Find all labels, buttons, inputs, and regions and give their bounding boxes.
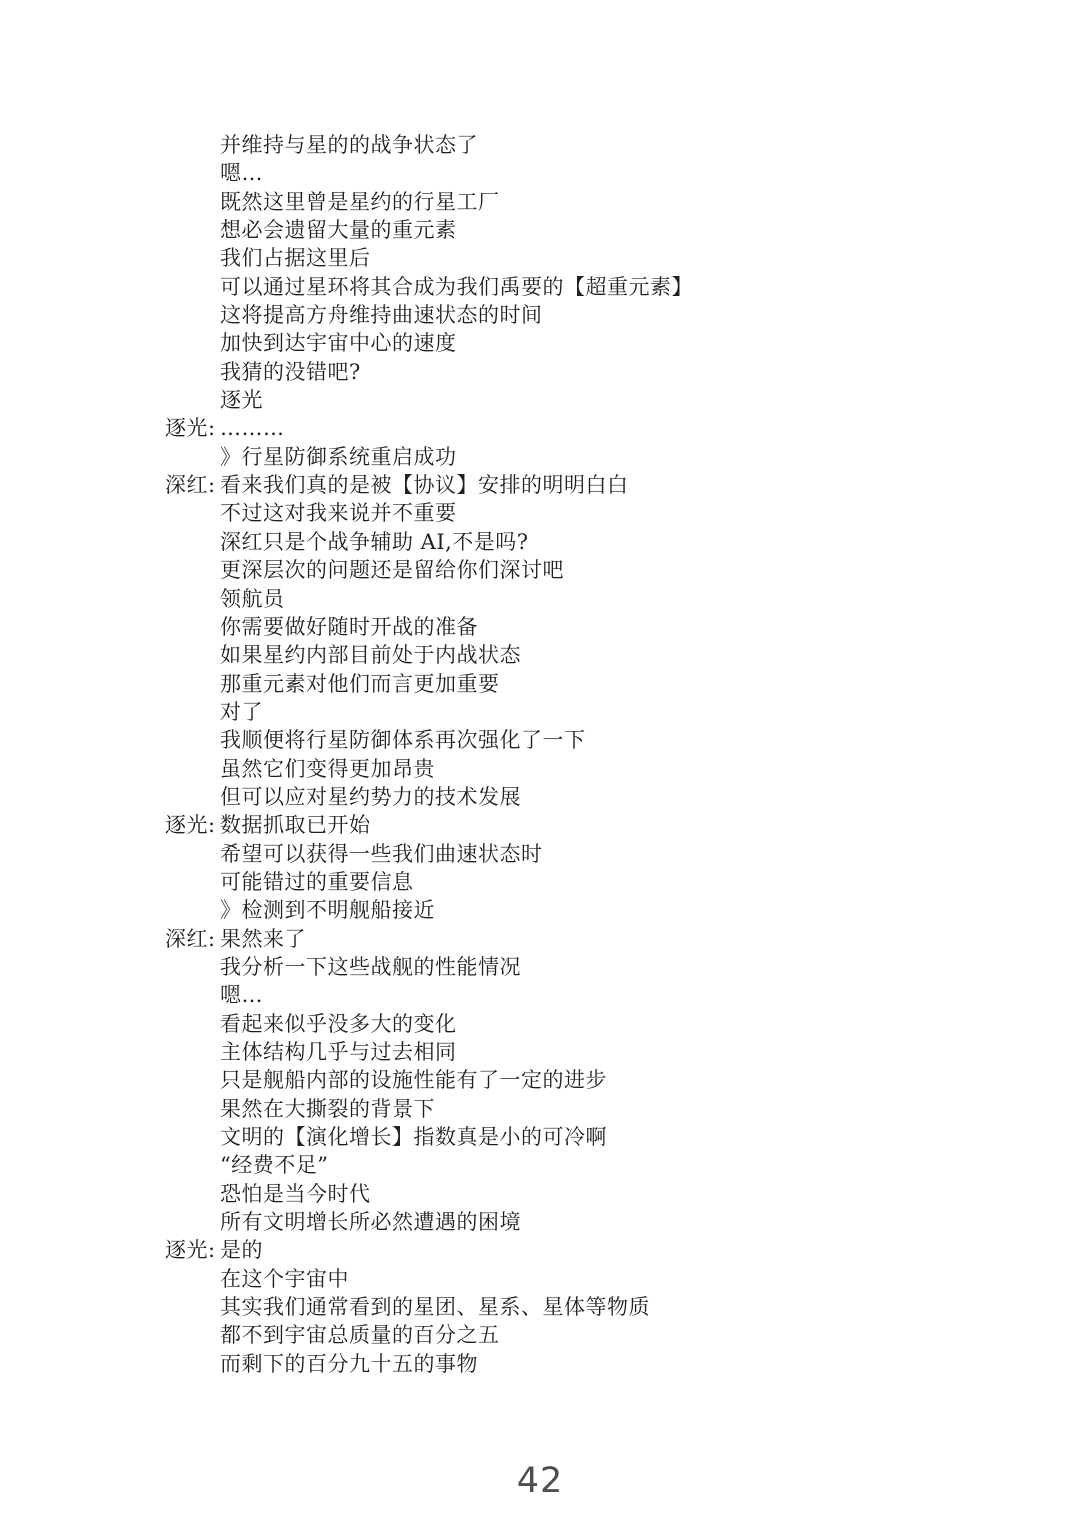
dialogue-text: 我分析一下这些战舰的性能情况	[220, 953, 1025, 981]
dialogue-text: “经费不足”	[220, 1151, 1025, 1179]
dialogue-text: 并维持与星的的战争状态了	[220, 131, 1025, 159]
dialogue-line: 领航员	[165, 585, 1025, 613]
dialogue-line: 我顺便将行星防御体系再次强化了一下	[165, 726, 1025, 754]
dialogue-line: 嗯…	[165, 159, 1025, 187]
dialogue-text: 想必会遗留大量的重元素	[220, 216, 1025, 244]
dialogue-text: 数据抓取已开始	[220, 811, 1025, 839]
dialogue-line: 只是舰船内部的设施性能有了一定的进步	[165, 1066, 1025, 1094]
dialogue-line: 逐光	[165, 386, 1025, 414]
dialogue-line: 但可以应对星约势力的技术发展	[165, 783, 1025, 811]
dialogue-text: 文明的【演化增长】指数真是小的可冷啊	[220, 1123, 1025, 1151]
dialogue-line: 恐怕是当今时代	[165, 1180, 1025, 1208]
dialogue-text: 主体结构几乎与过去相同	[220, 1038, 1025, 1066]
dialogue-text: ………	[220, 414, 1025, 442]
dialogue-line: 想必会遗留大量的重元素	[165, 216, 1025, 244]
dialogue-text: 看起来似乎没多大的变化	[220, 1010, 1025, 1038]
dialogue-text: 更深层次的问题还是留给你们深讨吧	[220, 556, 1025, 584]
dialogue-text: 对了	[220, 698, 1025, 726]
dialogue-text: 如果星约内部目前处于内战状态	[220, 641, 1025, 669]
dialogue-text: 其实我们通常看到的星团、星系、星体等物质	[220, 1293, 1025, 1321]
speaker-label: 逐光:	[165, 811, 220, 839]
dialogue-line: 文明的【演化增长】指数真是小的可冷啊	[165, 1123, 1025, 1151]
dialogue-line: 更深层次的问题还是留给你们深讨吧	[165, 556, 1025, 584]
dialogue-line: 并维持与星的的战争状态了	[165, 131, 1025, 159]
dialogue-line: “经费不足”	[165, 1151, 1025, 1179]
dialogue-line: 这将提高方舟维持曲速状态的时间	[165, 301, 1025, 329]
speaker-label: 深红:	[165, 471, 220, 499]
page-number: 42	[0, 1461, 1080, 1501]
dialogue-text: 是的	[220, 1236, 1025, 1264]
dialogue-line: 那重元素对他们而言更加重要	[165, 670, 1025, 698]
dialogue-line: 》行星防御系统重启成功	[165, 443, 1025, 471]
dialogue-line: 逐光:是的	[165, 1236, 1025, 1264]
dialogue-text: 看来我们真的是被【协议】安排的明明白白	[220, 471, 1025, 499]
dialogue-text: 加快到达宇宙中心的速度	[220, 329, 1025, 357]
dialogue-line: 嗯…	[165, 981, 1025, 1009]
dialogue-line: 其实我们通常看到的星团、星系、星体等物质	[165, 1293, 1025, 1321]
dialogue-text: 既然这里曾是星约的行星工厂	[220, 188, 1025, 216]
dialogue-line: 深红只是个战争辅助 AI,不是吗?	[165, 528, 1025, 556]
dialogue-line: 如果星约内部目前处于内战状态	[165, 641, 1025, 669]
dialogue-text: 可以通过星环将其合成为我们禹要的【超重元素】	[220, 273, 1025, 301]
dialogue-text: 嗯…	[220, 981, 1025, 1009]
dialogue-text: 不过这对我来说并不重要	[220, 499, 1025, 527]
dialogue-text: 所有文明增长所必然遭遇的困境	[220, 1208, 1025, 1236]
dialogue-line: 我分析一下这些战舰的性能情况	[165, 953, 1025, 981]
dialogue-text: 果然在大撕裂的背景下	[220, 1095, 1025, 1123]
dialogue-line: 果然在大撕裂的背景下	[165, 1095, 1025, 1123]
dialogue-text: 而剩下的百分九十五的事物	[220, 1350, 1025, 1378]
dialogue-line: 我猜的没错吧?	[165, 358, 1025, 386]
dialogue-line: 既然这里曾是星约的行星工厂	[165, 188, 1025, 216]
dialogue-line: 都不到宇宙总质量的百分之五	[165, 1321, 1025, 1349]
speaker-label: 深红:	[165, 925, 220, 953]
dialogue-line: 我们占据这里后	[165, 244, 1025, 272]
dialogue-text: 但可以应对星约势力的技术发展	[220, 783, 1025, 811]
dialogue-text: 》行星防御系统重启成功	[220, 443, 1025, 471]
dialogue-text: 这将提高方舟维持曲速状态的时间	[220, 301, 1025, 329]
dialogue-line: 虽然它们变得更加昂贵	[165, 755, 1025, 783]
dialogue-text: 嗯…	[220, 159, 1025, 187]
dialogue-text: 虽然它们变得更加昂贵	[220, 755, 1025, 783]
dialogue-line: 主体结构几乎与过去相同	[165, 1038, 1025, 1066]
dialogue-line: 在这个宇宙中	[165, 1265, 1025, 1293]
dialogue-text: 都不到宇宙总质量的百分之五	[220, 1321, 1025, 1349]
dialogue-line: 你需要做好随时开战的准备	[165, 613, 1025, 641]
dialogue-line: 所有文明增长所必然遭遇的困境	[165, 1208, 1025, 1236]
dialogue-text: 领航员	[220, 585, 1025, 613]
dialogue-line: 加快到达宇宙中心的速度	[165, 329, 1025, 357]
dialogue-line: 深红:果然来了	[165, 925, 1025, 953]
dialogue-text: 希望可以获得一些我们曲速状态时	[220, 840, 1025, 868]
dialogue-text: 可能错过的重要信息	[220, 868, 1025, 896]
dialogue-line: 不过这对我来说并不重要	[165, 499, 1025, 527]
dialogue-text: 逐光	[220, 386, 1025, 414]
dialogue-text: 》检测到不明舰船接近	[220, 896, 1025, 924]
dialogue-line: 逐光:………	[165, 414, 1025, 442]
document-page: 并维持与星的的战争状态了嗯…既然这里曾是星约的行星工厂想必会遗留大量的重元素我们…	[0, 0, 1080, 1527]
dialogue-line: 对了	[165, 698, 1025, 726]
dialogue-text: 那重元素对他们而言更加重要	[220, 670, 1025, 698]
dialogue-text: 在这个宇宙中	[220, 1265, 1025, 1293]
dialogue-line: 可以通过星环将其合成为我们禹要的【超重元素】	[165, 273, 1025, 301]
dialogue: 并维持与星的的战争状态了嗯…既然这里曾是星约的行星工厂想必会遗留大量的重元素我们…	[165, 131, 1025, 1378]
dialogue-line: 可能错过的重要信息	[165, 868, 1025, 896]
dialogue-text: 我猜的没错吧?	[220, 358, 1025, 386]
speaker-label: 逐光:	[165, 414, 220, 442]
dialogue-line: 看起来似乎没多大的变化	[165, 1010, 1025, 1038]
dialogue-text: 你需要做好随时开战的准备	[220, 613, 1025, 641]
dialogue-line: 深红:看来我们真的是被【协议】安排的明明白白	[165, 471, 1025, 499]
speaker-label: 逐光:	[165, 1236, 220, 1264]
dialogue-line: 》检测到不明舰船接近	[165, 896, 1025, 924]
dialogue-line: 希望可以获得一些我们曲速状态时	[165, 840, 1025, 868]
dialogue-text: 恐怕是当今时代	[220, 1180, 1025, 1208]
dialogue-text: 果然来了	[220, 925, 1025, 953]
dialogue-text: 深红只是个战争辅助 AI,不是吗?	[220, 528, 1025, 556]
dialogue-text: 我们占据这里后	[220, 244, 1025, 272]
dialogue-text: 只是舰船内部的设施性能有了一定的进步	[220, 1066, 1025, 1094]
dialogue-line: 而剩下的百分九十五的事物	[165, 1350, 1025, 1378]
dialogue-line: 逐光:数据抓取已开始	[165, 811, 1025, 839]
dialogue-text: 我顺便将行星防御体系再次强化了一下	[220, 726, 1025, 754]
